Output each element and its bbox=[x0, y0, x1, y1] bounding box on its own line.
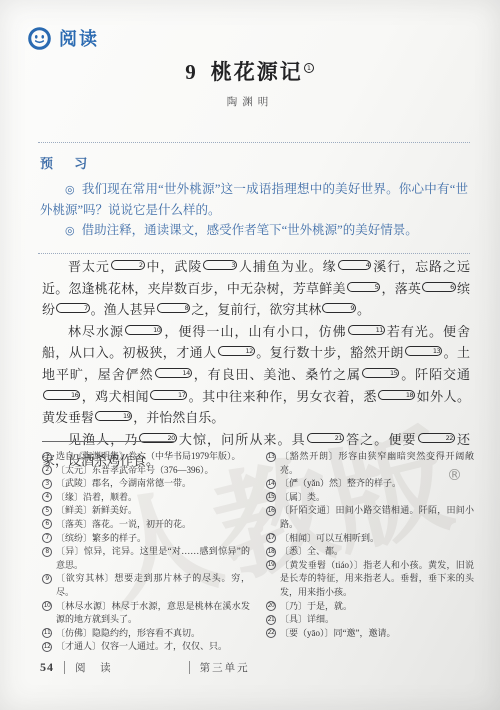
footnote-item: 1选自《陶渊明集》卷六（中华书局1979年版）。 bbox=[42, 450, 250, 464]
footnote-item: 17〔相闻〕可以互相听到。 bbox=[266, 532, 474, 546]
footnote-text: 〔太元〕东晋孝武帝年号（376—396）。 bbox=[56, 465, 214, 475]
footnote-item: 9〔欲穷其林〕想要走到那片林子的尽头。穷，尽。 bbox=[42, 572, 250, 599]
footnote-item: 10〔林尽水源〕林尽于水源，意思是桃林在溪水发源的地方就到头了。 bbox=[42, 600, 250, 627]
lesson-title-text: 桃花源记 bbox=[211, 60, 303, 84]
footnote-item: 6〔落英〕落花。一说，初开的花。 bbox=[42, 518, 250, 532]
footnote-item: 20〔乃〕于是，就。 bbox=[266, 600, 474, 614]
author-name: 陶渊明 bbox=[0, 94, 500, 109]
footnote-text: 〔具〕详细。 bbox=[280, 614, 334, 624]
footnote-item: 8〔异〕惊异，诧异。这里是“对……感到惊异”的意思。 bbox=[42, 545, 250, 572]
footnote-number: 6 bbox=[42, 519, 52, 529]
footnote-divider bbox=[42, 441, 175, 442]
footnote-number: 16 bbox=[266, 506, 276, 516]
footnote-text: 〔缘〕沿着，顺着。 bbox=[56, 492, 137, 502]
footnote-item: 14〔俨（yǎn）然〕整齐的样子。 bbox=[266, 477, 474, 491]
footnote-item: 13〔豁然开朗〕形容由狭窄幽暗突然变得开阔敞亮。 bbox=[266, 450, 474, 477]
footnote-ref: 5 bbox=[347, 282, 381, 292]
preview-item: ◎借助注释，通读课文，感受作者笔下“世外桃源”的美好情景。 bbox=[40, 220, 468, 241]
footnote-ref: 15 bbox=[362, 368, 399, 378]
bullet-icon: ◎ bbox=[65, 225, 75, 237]
footnote-number: 4 bbox=[42, 492, 52, 502]
footnote-ref: 19 bbox=[95, 411, 132, 421]
footnote-number: 21 bbox=[266, 615, 276, 625]
footnote-column-left: 1选自《陶渊明集》卷六（中华书局1979年版）。2〔太元〕东晋孝武帝年号（376… bbox=[42, 450, 250, 654]
footnote-text: 〔阡陌交通〕田间小路交错相通。阡陌，田间小路。 bbox=[280, 505, 474, 529]
footnote-number: 8 bbox=[42, 547, 52, 557]
footnote-number: 15 bbox=[266, 492, 276, 502]
footnote-number: 3 bbox=[42, 479, 52, 489]
footnote-item: 16〔阡陌交通〕田间小路交错相通。阡陌，田间小路。 bbox=[266, 504, 474, 531]
footnote-item: 11〔仿佛〕隐隐约约，形容看不真切。 bbox=[42, 627, 250, 641]
footnote-text: 〔缤纷〕繁多的样子。 bbox=[56, 533, 146, 543]
footnote-text: 〔才通人〕仅容一人通过。才，仅仅、只。 bbox=[56, 641, 227, 651]
footnote-text: 〔武陵〕郡名，今湖南常德一带。 bbox=[56, 478, 191, 488]
footnote-ref: 3 bbox=[203, 260, 237, 270]
footnote-text: 〔俨（yǎn）然〕整齐的样子。 bbox=[280, 478, 401, 488]
footnote-ref: 10 bbox=[125, 325, 162, 335]
footnote-text: 〔相闻〕可以互相听到。 bbox=[280, 533, 379, 543]
footnote-ref: 8 bbox=[157, 303, 191, 313]
footnote-ref: 14 bbox=[155, 368, 192, 378]
footnote-item: 12〔才通人〕仅容一人通过。才，仅仅、只。 bbox=[42, 640, 250, 654]
section-header: 阅读 bbox=[28, 25, 99, 51]
footnote-item: 5〔鲜美〕新鲜美好。 bbox=[42, 504, 250, 518]
footnote-item: 15〔属〕类。 bbox=[266, 491, 474, 505]
footnote-ref: 9 bbox=[322, 303, 356, 313]
body-paragraph: 晋太元2中，武陵3人捕鱼为业。缘4溪行，忘路之远近。忽逢桃花林，夹岸数百步，中无… bbox=[42, 256, 470, 321]
footnote-number: 12 bbox=[42, 642, 52, 652]
page-number: 54 bbox=[40, 660, 54, 675]
footnote-number: 9 bbox=[42, 574, 52, 584]
footnote-number: 1 bbox=[42, 452, 52, 462]
footnote-number: 10 bbox=[42, 601, 52, 611]
lesson-number: 9 bbox=[185, 60, 196, 84]
main-text: 晋太元2中，武陵3人捕鱼为业。缘4溪行，忘路之远近。忽逢桃花林，夹岸数百步，中无… bbox=[42, 256, 470, 472]
preview-label: 预 习 bbox=[40, 153, 468, 172]
footnote-text: 〔黄发垂髫（tiáo）〕指老人和小孩。黄发，旧说是长寿的特征，用来指老人。垂髫，… bbox=[280, 560, 474, 597]
footnote-text: 〔仿佛〕隐隐约约，形容看不真切。 bbox=[56, 628, 200, 638]
footnote-ref: 12 bbox=[218, 346, 255, 356]
footnote-item: 22〔要（yāo）〕同“邀”，邀请。 bbox=[266, 627, 474, 641]
preview-items: ◎我们现在常用“世外桃源”这一成语指理想中的美好世界。你心中有“世外桃源”吗？说… bbox=[40, 179, 468, 241]
footnote-ref: 13 bbox=[405, 346, 442, 356]
preview-box: 预 习 ◎我们现在常用“世外桃源”这一成语指理想中的美好世界。你心中有“世外桃源… bbox=[38, 142, 470, 254]
footnote-item: 3〔武陵〕郡名，今湖南常德一带。 bbox=[42, 477, 250, 491]
footnote-ref: 21 bbox=[307, 433, 344, 443]
lesson-title: 9桃花源记1 bbox=[0, 56, 500, 86]
footnote-item: 2〔太元〕东晋孝武帝年号（376—396）。 bbox=[42, 464, 250, 478]
footnote-ref: 16 bbox=[43, 390, 80, 400]
footnote-item: 18〔悉〕全、都。 bbox=[266, 545, 474, 559]
footnote-text: 〔欲穷其林〕想要走到那片林子的尽头。穷，尽。 bbox=[56, 573, 250, 597]
footnote-text: 〔悉〕全、都。 bbox=[280, 546, 343, 556]
reader-face-icon bbox=[28, 27, 51, 50]
footnote-number: 17 bbox=[266, 533, 276, 543]
textbook-page: 人教版 ® 阅读 9桃花源记1 陶渊明 预 习 ◎我们现在常用“世外桃源”这一成… bbox=[0, 0, 500, 710]
footnote-number: 13 bbox=[266, 452, 276, 462]
footnote-ref: 6 bbox=[422, 282, 456, 292]
footnote-text: 〔属〕类。 bbox=[280, 492, 325, 502]
footnotes: 1选自《陶渊明集》卷六（中华书局1979年版）。2〔太元〕东晋孝武帝年号（376… bbox=[42, 450, 474, 654]
footer-section-label: 阅 读 bbox=[75, 660, 117, 675]
footnote-ref: 18 bbox=[378, 390, 415, 400]
footnote-ref: 7 bbox=[56, 303, 90, 313]
footnote-text: 〔林尽水源〕林尽于水源，意思是桃林在溪水发源的地方就到头了。 bbox=[56, 601, 250, 625]
footnote-item: 4〔缘〕沿着，顺着。 bbox=[42, 491, 250, 505]
footnote-text: 〔要（yāo）〕同“邀”，邀请。 bbox=[280, 628, 396, 638]
footnote-item: 21〔具〕详细。 bbox=[266, 613, 474, 627]
footnote-text: 〔鲜美〕新鲜美好。 bbox=[56, 505, 137, 515]
footnote-ref: 4 bbox=[338, 260, 372, 270]
footnote-ref: 1 bbox=[304, 63, 314, 73]
footnote-number: 22 bbox=[266, 628, 276, 638]
footnote-number: 19 bbox=[266, 560, 276, 570]
footnote-number: 14 bbox=[266, 479, 276, 489]
footer-unit-label: 第三单元 bbox=[200, 660, 250, 675]
footer-divider bbox=[64, 661, 65, 674]
footnote-text: 〔乃〕于是，就。 bbox=[280, 601, 352, 611]
footnote-number: 18 bbox=[266, 547, 276, 557]
page-footer: 54 阅 读 第三单元 bbox=[40, 660, 250, 675]
section-label: 阅读 bbox=[59, 25, 99, 51]
footnote-text: 选自《陶渊明集》卷六（中华书局1979年版）。 bbox=[56, 451, 241, 461]
footnote-text: 〔豁然开朗〕形容由狭窄幽暗突然变得开阔敞亮。 bbox=[280, 451, 474, 475]
preview-item: ◎我们现在常用“世外桃源”这一成语指理想中的美好世界。你心中有“世外桃源”吗？说… bbox=[40, 179, 468, 220]
footnote-number: 20 bbox=[266, 601, 276, 611]
footer-divider bbox=[189, 661, 190, 674]
footnote-number: 7 bbox=[42, 533, 52, 543]
footnote-item: 19〔黄发垂髫（tiáo）〕指老人和小孩。黄发，旧说是长寿的特征，用来指老人。垂… bbox=[266, 559, 474, 600]
footnote-ref: 17 bbox=[150, 390, 187, 400]
footnote-ref: 2 bbox=[111, 260, 145, 270]
footnote-text: 〔落英〕落花。一说，初开的花。 bbox=[56, 519, 191, 529]
footnote-number: 2 bbox=[42, 465, 52, 475]
footnote-item: 7〔缤纷〕繁多的样子。 bbox=[42, 532, 250, 546]
footnote-ref: 11 bbox=[348, 325, 385, 335]
bullet-icon: ◎ bbox=[65, 184, 75, 196]
footnote-text: 〔异〕惊异，诧异。这里是“对……感到惊异”的意思。 bbox=[56, 546, 250, 570]
footnote-ref: 22 bbox=[418, 433, 455, 443]
footnote-number: 5 bbox=[42, 506, 52, 516]
footnote-column-right: 13〔豁然开朗〕形容由狭窄幽暗突然变得开阔敞亮。14〔俨（yǎn）然〕整齐的样子… bbox=[266, 450, 474, 654]
footnote-number: 11 bbox=[42, 628, 52, 638]
body-paragraph: 林尽水源10，便得一山，山有小口，仿佛11若有光。便舍船，从口入。初极狭，才通人… bbox=[42, 321, 470, 429]
